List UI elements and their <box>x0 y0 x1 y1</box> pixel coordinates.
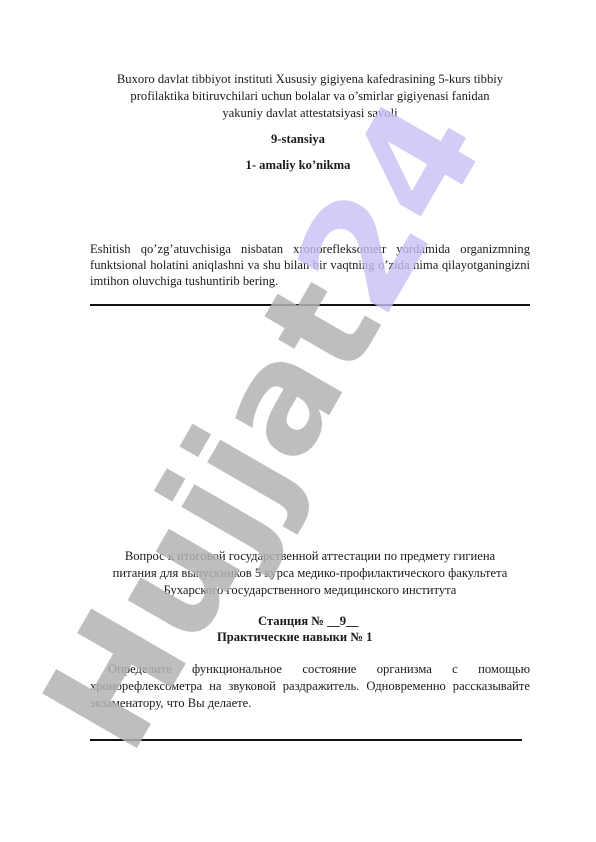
russian-heading: Вопрос к итоговой государственной аттест… <box>84 548 536 599</box>
russian-skill-title: Практические навыки № 1 <box>217 630 372 645</box>
document-page: Buxoro davlat tibbiyot instituti Xususiy… <box>0 0 596 842</box>
uzbek-skill-title: 1- amaliy ko’nikma <box>0 158 596 173</box>
uzbek-heading: Buxoro davlat tibbiyot instituti Xususiy… <box>84 71 536 122</box>
uzbek-task-text: Eshitish qo’zg’atuvchisiga nisbatan xron… <box>90 241 530 289</box>
russian-heading-line: Вопрос к итоговой государственной аттест… <box>84 548 536 565</box>
uzbek-heading-line: profilaktika bitiruvchilari uchun bolala… <box>84 88 536 105</box>
russian-heading-line: питания для выпускников 5 курса медико-п… <box>84 565 536 582</box>
russian-heading-line: Бухарского государственного медицинского… <box>84 582 536 599</box>
russian-task-text: Определите функциональное состояние орга… <box>90 661 530 712</box>
russian-station-title: Станция № __9__ <box>258 614 359 629</box>
section-divider-top <box>90 304 530 306</box>
section-divider-bottom <box>90 739 522 741</box>
uzbek-heading-line: Buxoro davlat tibbiyot instituti Xususiy… <box>84 71 536 88</box>
uzbek-station-title: 9-stansiya <box>0 132 596 147</box>
watermark: Hujjat 24 <box>0 0 596 842</box>
uzbek-heading-line: yakuniy davlat attestatsiyasi savoli <box>84 105 536 122</box>
